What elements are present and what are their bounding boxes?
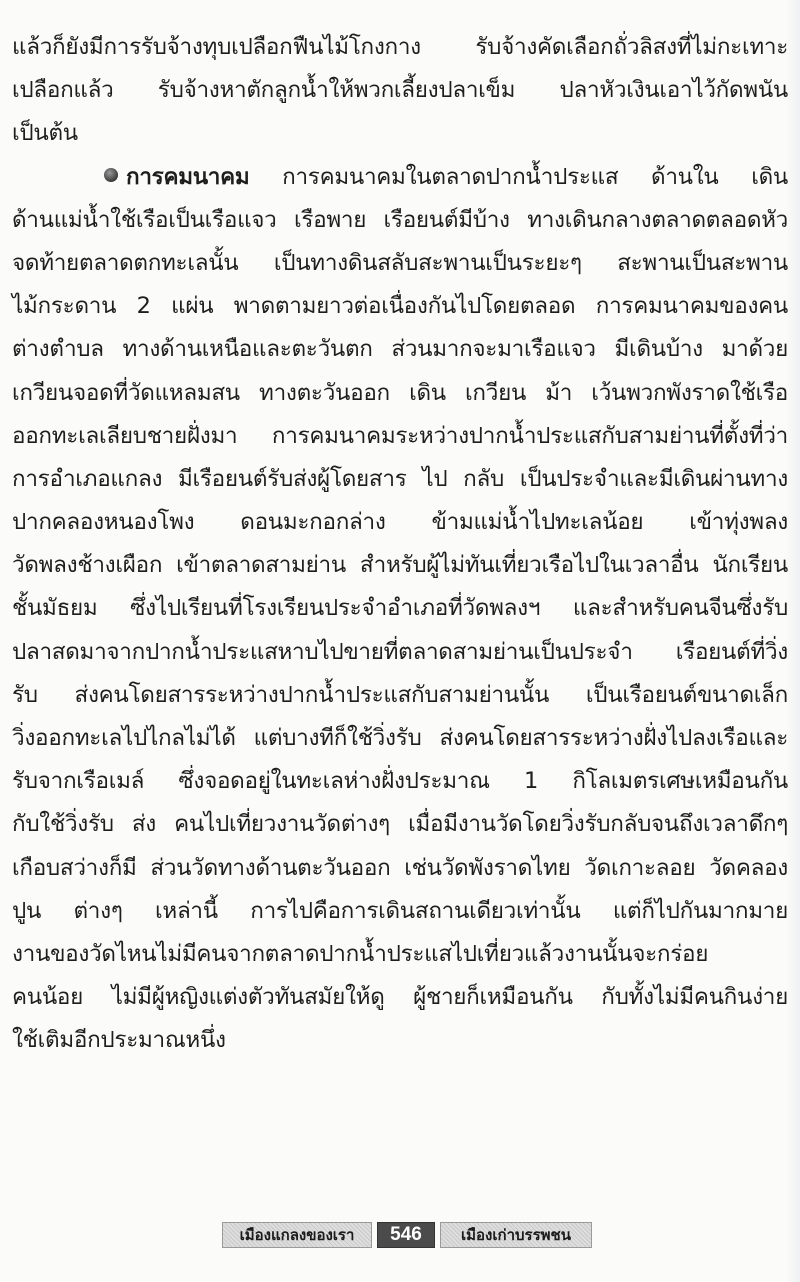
text-line: รับ ส่งคนโดยสารระหว่างปากน้ำประแสกับสามย… [12, 674, 788, 717]
page-footer: เมืองแกลงของเรา 546 เมืองเก่าบรรพชน [222, 1222, 592, 1248]
text-line: วิ่งออกทะเลไปไกลไม่ได้ แต่บางทีก็ใช้วิ่ง… [12, 717, 788, 760]
text-line: ปากคลองหนองโพง ดอนมะกอกล่าง ข้ามแม่น้ำไป… [12, 501, 788, 544]
text-line: กับใช้วิ่งรับ ส่ง คนไปเที่ยวงานวัดต่างๆ … [12, 803, 788, 846]
text-line: ออกทะเลเลียบชายฝั่งมา การคมนาคมระหว่างปา… [12, 415, 788, 458]
text-line: ปูน ต่างๆ เหล่านี้ การไปคือการเดินสถานเด… [12, 890, 788, 933]
body-text: แล้วก็ยังมีการรับจ้างทุบเปลือกฟืนไม้โกงก… [12, 26, 788, 1063]
page-number: 546 [377, 1222, 435, 1248]
text-line: งานของวัดไหนไม่มีคนจากตลาดปากน้ำประแสไปเ… [12, 933, 788, 976]
text-line: เกือบสว่างก็มี ส่วนวัดทางด้านตะวันออก เช… [12, 847, 788, 890]
text-line: ด้านแม่น้ำใช้เรือเป็นเรือแจว เรือพาย เรื… [12, 199, 788, 242]
section-first-line-text: การคมนาคมในตลาดปากน้ำประแส ด้านใน เดิน [282, 164, 788, 190]
footer-book-title: เมืองแกลงของเรา [222, 1222, 372, 1248]
text-line: คนน้อย ไม่มีผู้หญิงแต่งตัวทันสมัยให้ดู ผ… [12, 976, 788, 1019]
text-line: ไม้กระดาน 2 แผ่น พาดตามยาวต่อเนื่องกันไป… [12, 285, 788, 328]
text-line: แล้วก็ยังมีการรับจ้างทุบเปลือกฟืนไม้โกงก… [12, 26, 788, 69]
text-line: วัดพลงช้างเผือก เข้าตลาดสามย่าน สำหรับผู… [12, 544, 788, 587]
footer-chapter-title: เมืองเก่าบรรพชน [440, 1222, 592, 1248]
text-line: เกวียนจอดที่วัดแหลมสน ทางตะวันออก เดิน เ… [12, 372, 788, 415]
section-first-line: การคมนาคม การคมนาคมในตลาดปากน้ำประแส ด้า… [12, 156, 788, 199]
section-heading: การคมนาคม [126, 164, 249, 190]
text-line: เปลือกแล้ว รับจ้างหาตักลูกน้ำให้พวกเลี้ย… [12, 69, 788, 112]
text-line: เป็นต้น [12, 112, 788, 155]
bullet-icon [104, 168, 118, 182]
text-line: ใช้เติมอีกประมาณหนึ่ง [12, 1019, 788, 1062]
text-line: การอำเภอแกลง มีเรือยนต์รับส่งผู้โดยสาร ไ… [12, 458, 788, 501]
text-line: ชั้นมัธยม ซึ่งไปเรียนที่โรงเรียนประจำอำเ… [12, 587, 788, 630]
text-line: ต่างตำบล ทางด้านเหนือและตะวันตก ส่วนมากจ… [12, 328, 788, 371]
text-line: จดท้ายตลาดตกทะเลนั้น เป็นทางดินสลับสะพาน… [12, 242, 788, 285]
text-line: ปลาสดมาจากปากน้ำประแสหาบไปขายที่ตลาดสามย… [12, 631, 788, 674]
page-edge [786, 0, 800, 1282]
text-line: รับจากเรือเมล์ ซึ่งจอดอยู่ในทะเลห่างฝั่ง… [12, 760, 788, 803]
